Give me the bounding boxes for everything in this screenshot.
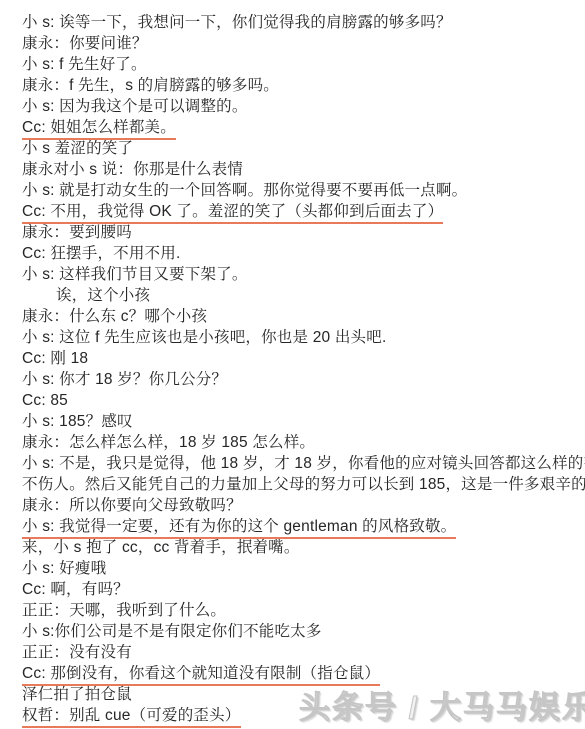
transcript-line-text: Cc: 85: [22, 391, 68, 410]
transcript-line-text: 小 s: 这样我们节目又要下架了。: [22, 265, 248, 284]
transcript-line: 小 s: 不是，我只是觉得，他 18 岁，才 18 岁，你看他的应对镜头回答都这…: [22, 453, 577, 474]
transcript-line: 康永：什么东 c？哪个小孩: [22, 306, 577, 327]
transcript-line-text: 小 s: 185？感叹: [22, 412, 133, 431]
transcript-line-text: 小 s 羞涩的笑了: [22, 139, 133, 158]
transcript-line: 小 s 羞涩的笑了: [22, 138, 577, 159]
transcript-line-text: Cc: 啊，有吗？: [22, 580, 129, 599]
transcript-line: 诶，这个小孩: [22, 285, 577, 306]
transcript-line-text: 来，小 s 抱了 cc，cc 背着手，抿着嘴。: [22, 538, 300, 557]
transcript-line: 不伤人。然后又能凭自己的力量加上父母的努力可以长到 185，这是一件多艰辛的。: [22, 474, 577, 495]
transcript-line-text: 小 s: 你才 18 岁？你几公分？: [22, 370, 227, 389]
transcript-line-text: 康永：所以你要向父母致敬吗？: [22, 496, 242, 515]
transcript-line-text-highlighted: 小 s: 我觉得一定要，还有为你的这个 gentleman 的风格致敬。: [22, 517, 456, 539]
transcript-line-text: 康永：要到腰吗: [22, 223, 132, 242]
transcript-line: 小 s: 我觉得一定要，还有为你的这个 gentleman 的风格致敬。: [22, 516, 577, 537]
transcript-line: 小 s:你们公司是不是有限定你们不能吃太多: [22, 621, 577, 642]
transcript-line-text: 小 s: 就是打动女生的一个回答啊。那你觉得要不要再低一点啊。: [22, 181, 467, 200]
transcript-line-text: 康永：你要问谁？: [22, 34, 148, 53]
transcript-line: 康永：所以你要向父母致敬吗？: [22, 495, 577, 516]
page: { "colors": { "background": "#ffffff", "…: [0, 0, 585, 729]
transcript-line: Cc: 85: [22, 390, 577, 411]
transcript-line: 小 s: 这样我们节目又要下架了。: [22, 264, 577, 285]
transcript-line: Cc: 那倒没有，你看这个就知道没有限制（指仓鼠）: [22, 663, 577, 684]
transcript-line-text: 不伤人。然后又能凭自己的力量加上父母的努力可以长到 185，这是一件多艰辛的。: [22, 475, 585, 494]
transcript-line-text: 康永：怎么样怎么样，18 岁 185 怎么样。: [22, 433, 315, 452]
transcript-line-text: 诶，这个小孩: [56, 286, 150, 305]
transcript-line-text: 小 s: f 先生好了。: [22, 55, 147, 74]
transcript-line: 小 s: 好瘦哦: [22, 558, 577, 579]
transcript-line: 康永：怎么样怎么样，18 岁 185 怎么样。: [22, 432, 577, 453]
transcript: 小 s: 诶等一下，我想问一下，你们觉得我的肩膀露的够多吗？康永：你要问谁？小 …: [0, 0, 585, 726]
transcript-line: 康永：要到腰吗: [22, 222, 577, 243]
transcript-line: 康永对小 s 说：你那是什么表情: [22, 159, 577, 180]
transcript-line-text: 康永：f 先生，s 的肩膀露的够多吗。: [22, 76, 279, 95]
transcript-line: 小 s: 这位 f 先生应该也是小孩吧，你也是 20 出头吧.: [22, 327, 577, 348]
transcript-line-text: 正正：天哪，我听到了什么。: [22, 601, 226, 620]
transcript-line-text: 小 s: 好瘦哦: [22, 559, 106, 578]
transcript-lines: 小 s: 诶等一下，我想问一下，你们觉得我的肩膀露的够多吗？康永：你要问谁？小 …: [22, 12, 577, 726]
transcript-line: 小 s: 诶等一下，我想问一下，你们觉得我的肩膀露的够多吗？: [22, 12, 577, 33]
transcript-line-text: 小 s:你们公司是不是有限定你们不能吃太多: [22, 622, 322, 641]
transcript-line-text-highlighted: Cc: 不用，我觉得 OK 了。羞涩的笑了（头都仰到后面去了）: [22, 202, 443, 224]
transcript-line-text: 小 s: 这位 f 先生应该也是小孩吧，你也是 20 出头吧.: [22, 328, 386, 347]
transcript-line: Cc: 狂摆手，不用不用.: [22, 243, 577, 264]
transcript-line-text-highlighted: Cc: 姐姐怎么样都美。: [22, 118, 176, 140]
transcript-line-text-highlighted: 权哲：别乱 cue（可爱的歪头）: [22, 706, 241, 728]
transcript-line: 小 s: 因为我这个是可以调整的。: [22, 96, 577, 117]
transcript-line: Cc: 姐姐怎么样都美。: [22, 117, 577, 138]
transcript-line-text: 泽仁拍了拍仓鼠: [22, 685, 132, 704]
watermark: 头条号 / 大马马娱乐: [299, 682, 585, 727]
transcript-line: Cc: 啊，有吗？: [22, 579, 577, 600]
transcript-line-text: 康永对小 s 说：你那是什么表情: [22, 160, 243, 179]
transcript-line-text: 正正：没有没有: [22, 643, 132, 662]
transcript-line: 来，小 s 抱了 cc，cc 背着手，抿着嘴。: [22, 537, 577, 558]
transcript-line: 康永：你要问谁？: [22, 33, 577, 54]
transcript-line: 正正：没有没有: [22, 642, 577, 663]
transcript-line-text: 小 s: 诶等一下，我想问一下，你们觉得我的肩膀露的够多吗？: [22, 13, 452, 32]
transcript-line: 小 s: 185？感叹: [22, 411, 577, 432]
transcript-line-text: Cc: 刚 18: [22, 349, 88, 368]
transcript-line-text: Cc: 狂摆手，不用不用.: [22, 244, 180, 263]
transcript-line: 小 s: f 先生好了。: [22, 54, 577, 75]
transcript-line: 小 s: 就是打动女生的一个回答啊。那你觉得要不要再低一点啊。: [22, 180, 577, 201]
transcript-line: 小 s: 你才 18 岁？你几公分？: [22, 369, 577, 390]
transcript-line: Cc: 刚 18: [22, 348, 577, 369]
transcript-line-text: 小 s: 不是，我只是觉得，他 18 岁，才 18 岁，你看他的应对镜头回答都这…: [22, 454, 585, 473]
transcript-line: Cc: 不用，我觉得 OK 了。羞涩的笑了（头都仰到后面去了）: [22, 201, 577, 222]
transcript-line: 正正：天哪，我听到了什么。: [22, 600, 577, 621]
transcript-line-text: 小 s: 因为我这个是可以调整的。: [22, 97, 248, 116]
transcript-line: 康永：f 先生，s 的肩膀露的够多吗。: [22, 75, 577, 96]
transcript-line-text: 康永：什么东 c？哪个小孩: [22, 307, 207, 326]
